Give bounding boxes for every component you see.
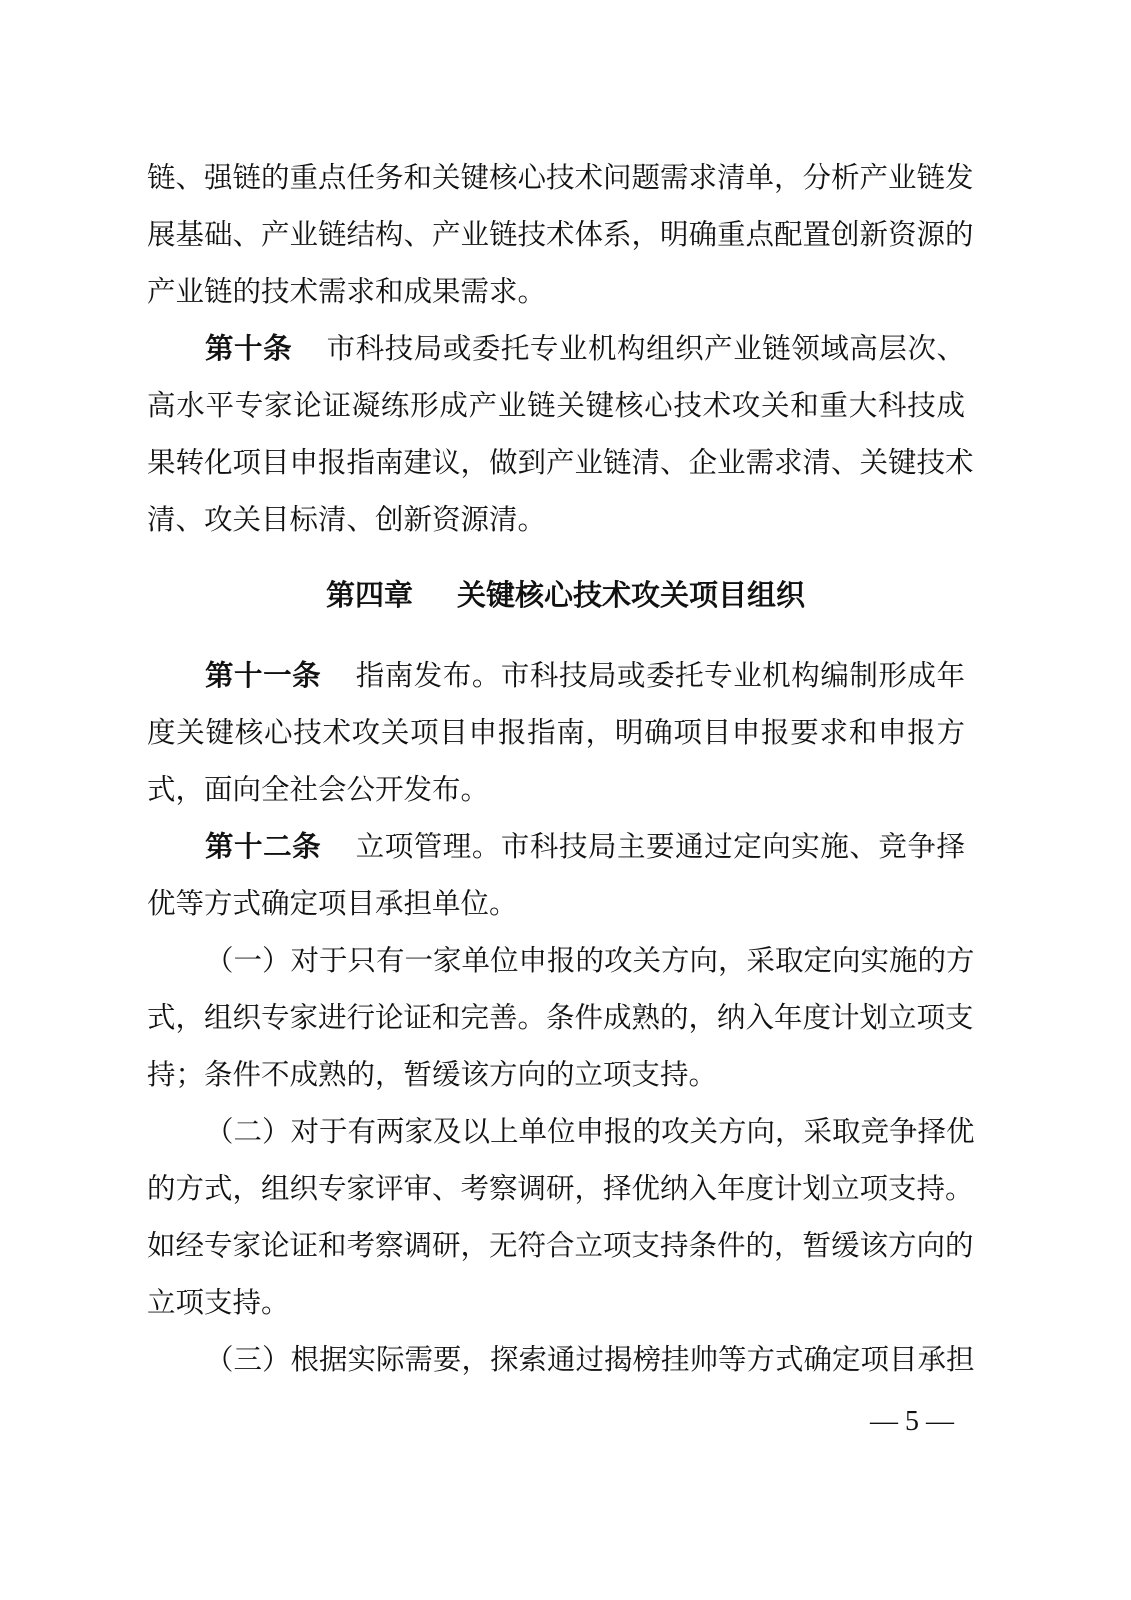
chapter-heading: 第四章关键核心技术攻关项目组织: [0, 575, 1131, 615]
article-10-text: 市科技局或委托专业机构组织产业链领域高层次、: [326, 332, 965, 365]
article-12-first-line: 第十二条立项管理。市科技局主要通过定向实施、竞争择: [147, 829, 965, 865]
page-number: — 5 —: [862, 1404, 962, 1440]
chapter-number: 第四章: [326, 578, 413, 612]
article-12-item-1-first-line: （一）对于只有一家单位申报的攻关方向，采取定向实施的方: [147, 943, 965, 979]
article-12-item-1-line-2: 式，组织专家进行论证和完善。条件成熟的，纳入年度计划立项支: [147, 1000, 965, 1036]
article-12-item-1-line-3: 持；条件不成熟的，暂缓该方向的立项支持。: [147, 1057, 965, 1093]
document-page: 链、强链的重点任务和关键核心技术问题需求清单，分析产业链发 展基础、产业链结构、…: [0, 0, 1131, 1600]
article-12-line-2: 优等方式确定项目承担单位。: [147, 886, 965, 922]
article-11-line-3: 式，面向全社会公开发布。: [147, 772, 965, 808]
article-12-item-2-first-line: （二）对于有两家及以上单位申报的攻关方向，采取竞争择优: [147, 1114, 965, 1150]
article-11-text: 指南发布。市科技局或委托专业机构编制形成年: [355, 659, 965, 692]
article-12-item-2-line-2: 的方式，组织专家评审、考察调研，择优纳入年度计划立项支持。: [147, 1171, 965, 1207]
article-12-item-2-line-3: 如经专家论证和考察调研，无符合立项支持条件的，暂缓该方向的: [147, 1228, 965, 1264]
article-11-first-line: 第十一条指南发布。市科技局或委托专业机构编制形成年: [147, 658, 965, 694]
article-10-line-4: 清、攻关目标清、创新资源清。: [147, 502, 965, 538]
article-10-line-2: 高水平专家论证凝练形成产业链关键核心技术攻关和重大科技成: [147, 388, 965, 424]
article-12-text: 立项管理。市科技局主要通过定向实施、竞争择: [355, 830, 965, 863]
article-10-line-3: 果转化项目申报指南建议，做到产业链清、企业需求清、关键技术: [147, 445, 965, 481]
article-10-label: 第十条: [205, 332, 292, 365]
article-11-line-2: 度关键核心技术攻关项目申报指南，明确项目申报要求和申报方: [147, 715, 965, 751]
article-10-first-line: 第十条市科技局或委托专业机构组织产业链领域高层次、: [147, 331, 965, 367]
article-12-label: 第十二条: [205, 830, 321, 863]
article-12-item-2-line-4: 立项支持。: [147, 1285, 965, 1321]
chapter-title: 关键核心技术攻关项目组织: [457, 578, 805, 612]
intro-line-1: 链、强链的重点任务和关键核心技术问题需求清单，分析产业链发: [147, 160, 965, 196]
article-12-item-3-first-line: （三）根据实际需要，探索通过揭榜挂帅等方式确定项目承担: [147, 1342, 965, 1378]
article-11-label: 第十一条: [205, 659, 321, 692]
intro-line-2: 展基础、产业链结构、产业链技术体系，明确重点配置创新资源的: [147, 217, 965, 253]
intro-line-3: 产业链的技术需求和成果需求。: [147, 274, 965, 310]
